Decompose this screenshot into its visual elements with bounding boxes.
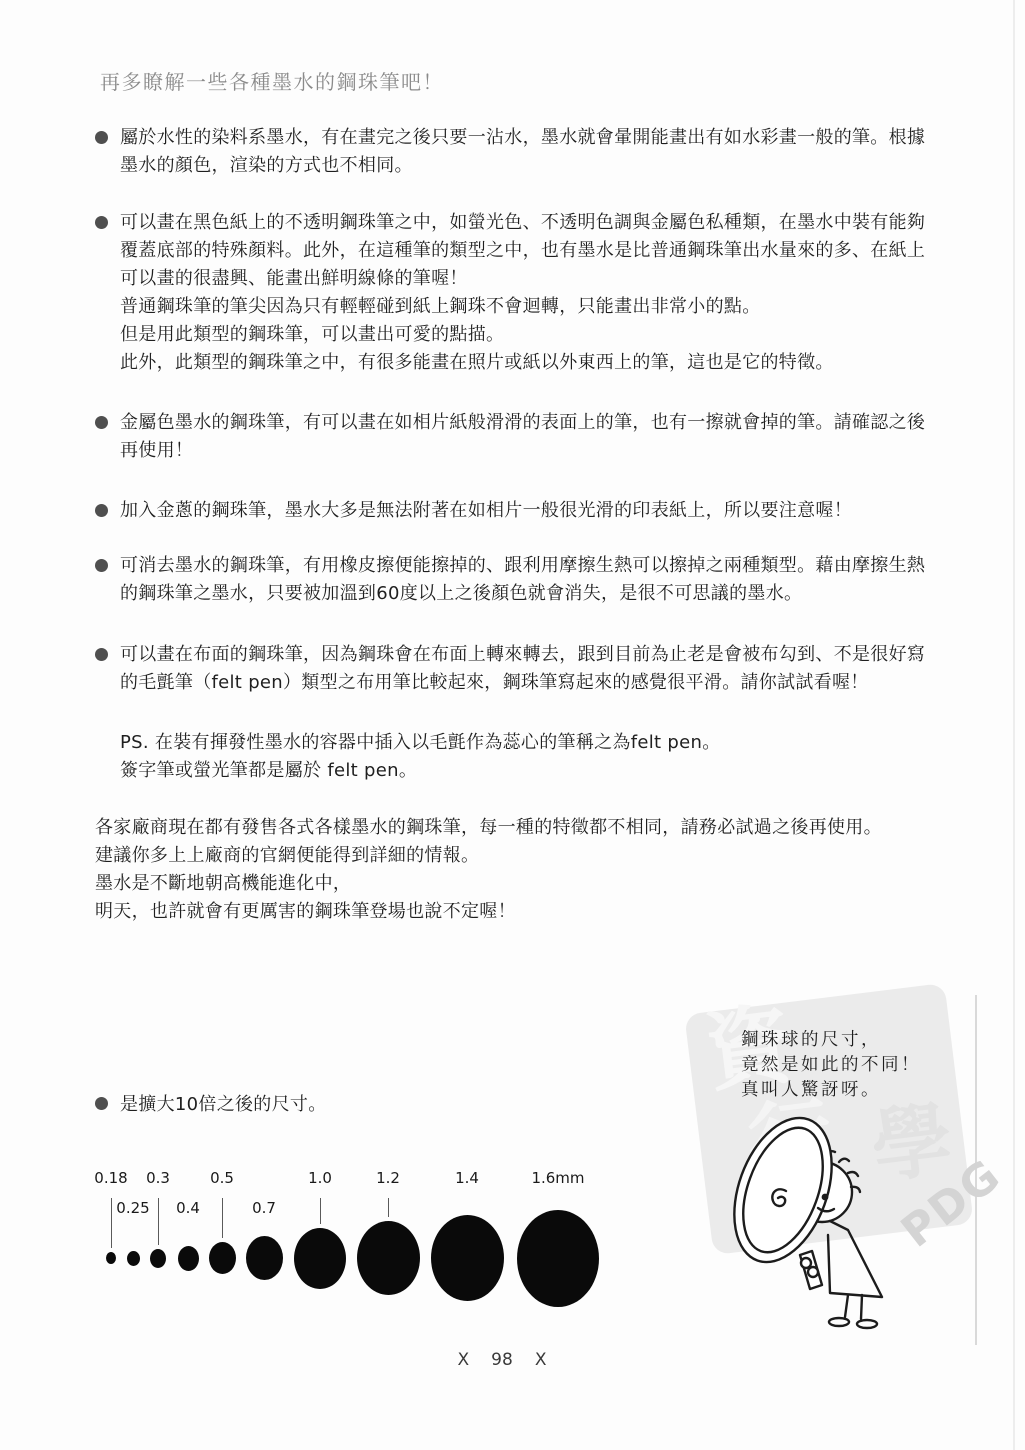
bullet-item: 可以畫在布面的鋼珠筆，因為鋼珠會在布面上轉來轉去，跟到目前為止老是會被布勾到、不… <box>95 641 925 697</box>
bullet-item: 可消去墨水的鋼珠筆，有用橡皮擦便能擦掉的、跟利用摩擦生熱可以擦掉之兩種類型。藉由… <box>95 552 925 608</box>
text-line: 但是用此類型的鋼珠筆，可以畫出可愛的點描。 <box>120 321 925 349</box>
bullet-dot-icon <box>95 216 108 229</box>
page-number: 98 <box>491 1350 513 1370</box>
text-line: 普通鋼珠筆的筆尖因為只有輕輕碰到紙上鋼珠不會迴轉，只能畫出非常小的點。 <box>120 293 925 321</box>
bullet-text: 屬於水性的染料系墨水，有在畫完之後只要一沾水，墨水就會暈開能畫出有如水彩畫一般的… <box>120 124 925 180</box>
bullet-item: 金屬色墨水的鋼珠筆，有可以畫在如相片紙般滑滑的表面上的筆，也有一擦就會掉的筆。請… <box>95 409 925 465</box>
ball-size-circle <box>178 1246 199 1271</box>
bullet-dot-icon <box>95 648 108 661</box>
text-line: 鋼珠球的尺寸， <box>741 1028 921 1053</box>
text-line: 墨水的顏色，渲染的方式也不相同。 <box>120 152 925 180</box>
ball-size-circle <box>150 1249 166 1268</box>
text-line: 的鋼珠筆之墨水，只要被加溫到60度以上之後顏色就會消失，是很不可思議的墨水。 <box>120 580 925 608</box>
page-edge-line <box>1013 0 1015 1450</box>
size-label: 1.4 <box>429 1169 505 1187</box>
bullet-text: 金屬色墨水的鋼珠筆，有可以畫在如相片紙般滑滑的表面上的筆，也有一擦就會掉的筆。請… <box>120 409 925 465</box>
size-tick-line <box>222 1198 224 1238</box>
text-line: 可消去墨水的鋼珠筆，有用橡皮擦便能擦掉的、跟利用摩擦生熱可以擦掉之兩種類型。藉由… <box>120 552 925 580</box>
text-line: 明天，也許就會有更厲害的鋼珠筆登場也說不定喔！ <box>95 898 882 926</box>
footer-mark-right: X <box>535 1350 547 1370</box>
page-title: 再多瞭解一些各種墨水的鋼珠筆吧！ <box>100 66 444 95</box>
bullet-dot-icon <box>95 416 108 429</box>
text-line: 墨水是不斷地朝高機能進化中， <box>95 870 882 898</box>
text-line: 竟然是如此的不同！ <box>741 1053 921 1078</box>
text-line: PS. 在裝有揮發性墨水的容器中插入以毛氈作為蕊心的筆稱之為felt pen。 <box>120 729 721 757</box>
text-line: 金屬色墨水的鋼珠筆，有可以畫在如相片紙般滑滑的表面上的筆，也有一擦就會掉的筆。請… <box>120 409 925 437</box>
ball-size-diagram: 0.180.250.30.40.50.71.01.21.41.6mm <box>95 1165 625 1345</box>
text-line: 各家廠商現在都有發售各式各樣墨水的鋼珠筆，每一種的特徵都不相同，請務必試過之後再… <box>95 814 882 842</box>
size-label: 0.4 <box>150 1199 226 1217</box>
ball-size-circle <box>431 1215 504 1301</box>
text-line: 簽字筆或螢光筆都是屬於 felt pen。 <box>120 757 721 785</box>
text-line: 屬於水性的染料系墨水，有在畫完之後只要一沾水，墨水就會暈開能畫出有如水彩畫一般的… <box>120 124 925 152</box>
bullet-dot-icon <box>95 559 108 572</box>
text-line: 加入金蔥的鋼珠筆，墨水大多是無法附著在如相片一般很光滑的印表紙上，所以要注意喔！ <box>120 497 852 525</box>
text-line: 再使用！ <box>120 437 925 465</box>
magnifier-child-illustration <box>700 1095 920 1345</box>
bullet-item: 加入金蔥的鋼珠筆，墨水大多是無法附著在如相片一般很光滑的印表紙上，所以要注意喔！ <box>95 497 852 525</box>
text-line: 可以畫在黑色紙上的不透明鋼珠筆之中，如螢光色、不透明色調與金屬色私種類，在墨水中… <box>120 209 925 237</box>
ball-size-circle <box>357 1221 420 1295</box>
footer-mark-left: X <box>458 1350 470 1370</box>
bullet-dot-icon <box>95 504 108 517</box>
size-note: 是擴大10倍之後的尺寸。 <box>95 1091 327 1119</box>
bullet-item: 屬於水性的染料系墨水，有在畫完之後只要一沾水，墨水就會暈開能畫出有如水彩畫一般的… <box>95 124 925 180</box>
text-line: 可以畫的很盡興、能畫出鮮明線條的筆喔！ <box>120 265 925 293</box>
text-line: 的毛氈筆（felt pen）類型之布用筆比較起來，鋼珠筆寫起來的感覺很平滑。請你… <box>120 669 925 697</box>
ball-size-circle <box>127 1251 140 1266</box>
size-label: 1.2 <box>350 1169 426 1187</box>
bullet-text: 加入金蔥的鋼珠筆，墨水大多是無法附著在如相片一般很光滑的印表紙上，所以要注意喔！ <box>120 497 852 525</box>
bullet-item: 可以畫在黑色紙上的不透明鋼珠筆之中，如螢光色、不透明色調與金屬色私種類，在墨水中… <box>95 209 925 377</box>
bullet-text: 可消去墨水的鋼珠筆，有用橡皮擦便能擦掉的、跟利用摩擦生熱可以擦掉之兩種類型。藉由… <box>120 552 925 608</box>
text-line: 覆蓋底部的特殊顏料。此外，在這種筆的類型之中，也有墨水是比普通鋼珠筆出水量來的多… <box>120 237 925 265</box>
size-label: 0.7 <box>226 1199 302 1217</box>
size-tick-line <box>388 1198 390 1217</box>
bullet-dot-icon <box>95 1097 108 1110</box>
size-note-text: 是擴大10倍之後的尺寸。 <box>120 1091 327 1119</box>
bullet-text: 可以畫在布面的鋼珠筆，因為鋼珠會在布面上轉來轉去，跟到目前為止老是會被布勾到、不… <box>120 641 925 697</box>
ball-size-circle <box>106 1252 116 1264</box>
child-body <box>828 1221 882 1297</box>
text-line: 建議你多上上廠商的官網便能得到詳細的情報。 <box>95 842 882 870</box>
page-footer: X 98 X <box>402 1350 602 1370</box>
size-tick-line <box>320 1198 322 1224</box>
ps-note: PS. 在裝有揮發性墨水的容器中插入以毛氈作為蕊心的筆稱之為felt pen。簽… <box>120 729 721 785</box>
size-label: 1.0 <box>282 1169 358 1187</box>
ball-size-circle <box>294 1228 346 1289</box>
text-line: 此外，此類型的鋼珠筆之中，有很多能畫在照片或紙以外東西上的筆，這也是它的特徵。 <box>120 349 925 377</box>
speech-bubble-text: 鋼珠球的尺寸，竟然是如此的不同！真叫人驚訝呀。 <box>741 1028 921 1103</box>
ball-size-circle <box>246 1236 283 1280</box>
ball-size-circle <box>209 1242 236 1274</box>
size-label: 0.5 <box>184 1169 260 1187</box>
closing-paragraph: 各家廠商現在都有發售各式各樣墨水的鋼珠筆，每一種的特徵都不相同，請務必試過之後再… <box>95 814 882 926</box>
size-label: 1.6mm <box>520 1169 596 1187</box>
text-line: 可以畫在布面的鋼珠筆，因為鋼珠會在布面上轉來轉去，跟到目前為止老是會被布勾到、不… <box>120 641 925 669</box>
bullet-text: 可以畫在黑色紙上的不透明鋼珠筆之中，如螢光色、不透明色調與金屬色私種類，在墨水中… <box>120 209 925 377</box>
bullet-dot-icon <box>95 131 108 144</box>
ball-size-circle <box>517 1210 599 1307</box>
